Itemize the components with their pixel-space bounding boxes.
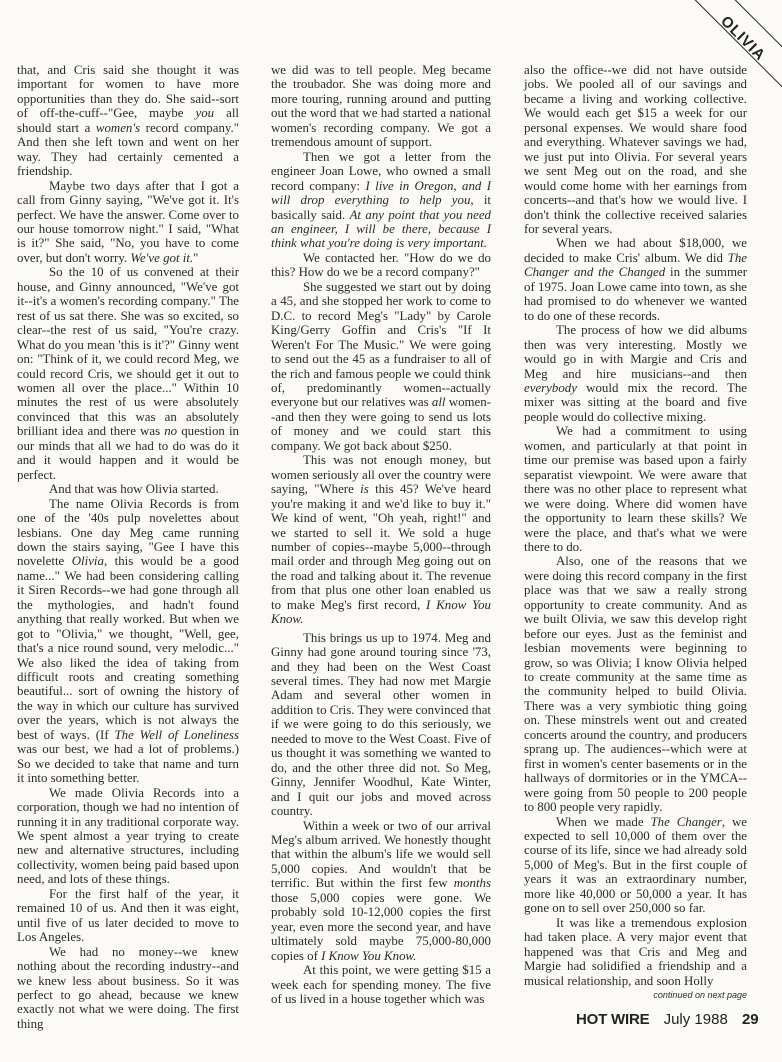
paragraph: we did was to tell people. Meg became th… [271,63,491,150]
article-column-2: we did was to tell people. Meg became th… [271,63,491,1006]
continued-note: continued on next page [524,989,747,1001]
paragraph: When we made The Changer, we expected to… [524,815,747,916]
paragraph: The process of how we did albums then wa… [524,323,747,424]
paragraph: It was like a tremendous explosion had t… [524,916,747,988]
magazine-name: HOT WIRE [576,1011,649,1028]
paragraph: For the first half of the year, it remai… [17,887,239,945]
paragraph: Also, one of the reasons that we were do… [524,554,747,814]
magazine-page: OLIVIA that, and Cris said she thought i… [0,0,782,1062]
paragraph: When we had about $18,000, we decided to… [524,236,747,323]
article-column-1: that, and Cris said she thought it was i… [17,63,239,1031]
issue-date: July 1988 [664,1011,728,1028]
paragraph: She suggested we start out by doing a 45… [271,280,491,453]
paragraph: also the office--we did not have outside… [524,63,747,236]
paragraph: Then we got a letter from the engineer J… [271,150,491,251]
paragraph: This brings us up to 1974. Meg and Ginny… [271,631,491,819]
banner-label: OLIVIA [717,13,769,65]
paragraph: So the 10 of us convened at their house,… [17,265,239,482]
paragraph: We had a commitment to using women, and … [524,424,747,554]
paragraph: We made Olivia Records into a corporatio… [17,786,239,887]
paragraph: And that was how Olivia started. [17,482,239,496]
paragraph: The name Olivia Records is from one of t… [17,497,239,786]
paragraph: We contacted her. "How do we do this? Ho… [271,251,491,280]
paragraph: We had no money--we knew nothing about t… [17,945,239,1032]
paragraph: At this point, we were getting $15 a wee… [271,963,491,1006]
page-footer: HOT WIRE July 1988 29 [576,1011,759,1028]
page-number: 29 [742,1011,759,1028]
paragraph: that, and Cris said she thought it was i… [17,63,239,179]
paragraph: Within a week or two of our arrival Meg'… [271,819,491,964]
paragraph: This was not enough money, but women ser… [271,453,491,626]
paragraph: Maybe two days after that I got a call f… [17,179,239,266]
article-column-3: also the office--we did not have outside… [524,63,747,1001]
